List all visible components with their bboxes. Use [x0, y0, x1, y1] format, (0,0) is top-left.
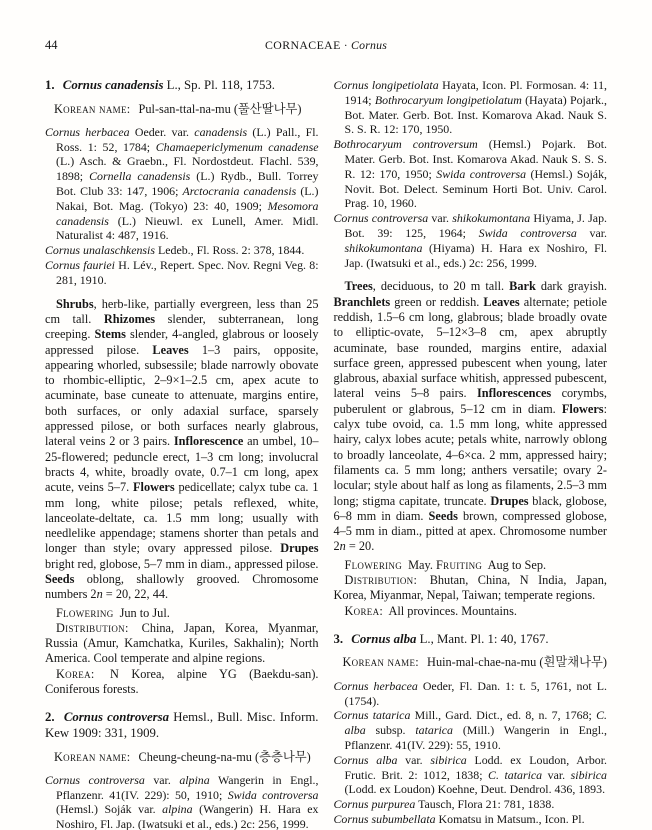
text-columns: 1. Cornus canadensis L., Sp. Pl. 118, 17…	[45, 78, 607, 830]
text-run: Cornus unalaschkensis	[45, 243, 155, 257]
text-run: 3.	[334, 632, 347, 646]
text-run: var.	[145, 773, 179, 787]
text-run: Cornus canadensis	[63, 78, 164, 92]
text-run: green or reddish.	[390, 295, 483, 309]
synonym: Cornus purpurea Tausch, Flora 21: 781, 1…	[334, 797, 608, 812]
text-run: Komatsu in Matsum., Icon. Pl.	[436, 812, 585, 826]
text-run: Flowers	[133, 480, 175, 494]
text-run: Chamaepericlymenum canadense	[156, 140, 319, 154]
text-run: alternate; petiole reddish, 1.5–6 cm lon…	[334, 295, 608, 401]
text-run: (Hemsl.) Soják var.	[56, 802, 162, 816]
text-run: Swida controversa	[479, 226, 577, 240]
synonym: Cornus subumbellata Komatsu in Matsum., …	[334, 812, 608, 827]
text-run: var.	[577, 226, 607, 240]
synonym: Cornus fauriei H. Lév., Repert. Spec. No…	[45, 258, 319, 288]
text-run: Cornus controversa	[45, 773, 145, 787]
text-run: Korean name:	[54, 750, 130, 764]
text-run: Inflorescences	[477, 386, 551, 400]
text-run: canadensis	[194, 125, 247, 139]
text-run: Oeder. var.	[130, 125, 195, 139]
text-run: , deciduous, to 20 m tall.	[373, 279, 509, 293]
text-run: Korea:	[345, 604, 384, 618]
text-run: 1–3 pairs, opposite, appearing whorled, …	[45, 343, 319, 449]
text-run: Cornus herbacea	[45, 125, 130, 139]
species-heading: 2. Cornus controversa Hemsl., Bull. Misc…	[45, 710, 319, 741]
text-run: Cornus herbacea	[334, 679, 418, 693]
text-run: Trees	[345, 279, 373, 293]
text-run: Jun to Jul.	[117, 606, 170, 620]
text-run: Seeds	[45, 572, 74, 586]
text-run: Distribution:	[56, 621, 129, 635]
synonym: Cornus unalaschkensis Ledeb., Fl. Ross. …	[45, 243, 319, 258]
text-run: Leaves	[483, 295, 519, 309]
text-run: Bothrocaryum longipetiolatum	[375, 93, 522, 107]
text-run: Korean name:	[343, 655, 419, 669]
note: Korea: N Korea, alpine YG (Baekdu-san). …	[45, 667, 319, 698]
text-run: Cornus controversa	[64, 710, 169, 724]
text-run: L., Sp. Pl. 118, 1753.	[163, 78, 275, 92]
text-run: Huin-mal-chae-na-mu (흰말채나무)	[424, 655, 607, 669]
running-title-genus: Cornus	[351, 38, 387, 52]
text-run: Branchlets	[334, 295, 391, 309]
description: Shrubs, herb-like, partially evergreen, …	[45, 297, 319, 603]
korean-name: Korean name: Huin-mal-chae-na-mu (흰말채나무)	[334, 655, 608, 670]
synonym: Bothrocaryum controversum (Hemsl.) Pojar…	[334, 137, 608, 211]
synonym: Cornus tatarica Mill., Gard. Dict., ed. …	[334, 708, 608, 752]
note: Korea: All provinces. Mountains.	[334, 604, 608, 619]
synonym: Cornus herbacea Oeder. var. canadensis (…	[45, 125, 319, 243]
text-run: = 20.	[346, 539, 374, 553]
page-header: 44 CORNACEAE·Cornus	[45, 38, 607, 54]
text-run: Drupes	[280, 541, 318, 555]
text-run: 2.	[45, 710, 59, 724]
text-run: var.	[542, 768, 571, 782]
text-run: = 20, 22, 44.	[103, 587, 168, 601]
text-run: May.	[405, 558, 436, 572]
text-run: Cornus controversa	[334, 211, 429, 225]
text-run: Stems	[94, 327, 125, 341]
running-title-family: CORNACEAE	[265, 38, 341, 52]
text-run: Drupes	[490, 494, 528, 508]
text-run: Cornella canadensis	[89, 169, 190, 183]
text-run: Shrubs	[56, 297, 94, 311]
text-run: Cornus alba	[351, 632, 416, 646]
species-heading: 1. Cornus canadensis L., Sp. Pl. 118, 17…	[45, 78, 319, 94]
text-run: Flowering	[56, 606, 114, 620]
text-run: Ledeb., Fl. Ross. 2: 378, 1844.	[155, 243, 304, 257]
text-run: C. tatarica	[488, 768, 542, 782]
text-run: Distribution:	[345, 573, 418, 587]
synonym: Cornus controversa var. shikokumontana H…	[334, 211, 608, 270]
text-run: Cornus longipetiolata	[334, 78, 439, 92]
korean-name: Korean name: Pul-san-ttal-na-mu (풀산딸나무)	[45, 102, 319, 117]
species-heading: 3. Cornus alba L., Mant. Pl. 1: 40, 1767…	[334, 632, 608, 648]
text-run: var.	[428, 211, 452, 225]
text-run: Cheung-cheung-na-mu (층층나무)	[135, 750, 310, 764]
text-run: Cornus tatarica	[334, 708, 411, 722]
text-run: Fruiting	[436, 558, 482, 572]
left-column: 1. Cornus canadensis L., Sp. Pl. 118, 17…	[45, 78, 319, 830]
text-run: shikokumontana	[452, 211, 530, 225]
text-run: Bothrocaryum controversum	[334, 137, 478, 151]
text-run: sibirica	[430, 753, 466, 767]
right-column: Cornus longipetiolata Hayata, Icon. Pl. …	[334, 78, 608, 830]
text-run: Flowers	[562, 402, 604, 416]
text-run: bright red, globose, 5–7 mm in diam., ap…	[45, 557, 319, 571]
text-run: Aug to Sep.	[485, 558, 546, 572]
text-run: Pul-san-ttal-na-mu (풀산딸나무)	[135, 102, 301, 116]
text-run: Swida controversa	[228, 788, 319, 802]
note: Flowering May. Fruiting Aug to Sep.	[334, 558, 608, 573]
running-title-separator: ·	[341, 38, 351, 52]
text-run: sibirica	[571, 768, 607, 782]
synonym: Cornus alba var. sibirica Lodd. ex Loudo…	[334, 753, 608, 797]
page-number: 44	[45, 38, 58, 53]
text-run: Tausch, Flora 21: 781, 1838.	[415, 797, 554, 811]
text-run: alpina	[162, 802, 192, 816]
text-run: (Lodd. ex Loudon) Koehne, Deut. Dendrol.…	[345, 782, 606, 796]
synonym: Cornus longipetiolata Hayata, Icon. Pl. …	[334, 78, 608, 137]
text-run: shikokumontana	[345, 241, 423, 255]
text-run: Bark	[509, 279, 536, 293]
text-run: Inflorescence	[174, 434, 243, 448]
text-run: Mill., Gard. Dict., ed. 8, n. 7, 1768;	[410, 708, 596, 722]
text-run: L., Mant. Pl. 1: 40, 1767.	[416, 632, 548, 646]
running-title: CORNACEAE·Cornus	[45, 38, 607, 53]
text-run: tatarica	[415, 723, 453, 737]
text-run: Rhizomes	[104, 312, 155, 326]
text-run: Arctocrania canadensis	[182, 184, 296, 198]
text-run: Cornus alba	[334, 753, 398, 767]
text-run: Korea:	[56, 667, 95, 681]
text-run: Korean name:	[54, 102, 130, 116]
text-run: Swida controversa	[436, 167, 526, 181]
text-run: var.	[397, 753, 430, 767]
note: Flowering Jun to Jul.	[45, 606, 319, 621]
text-run: subsp.	[366, 723, 416, 737]
text-run: Flowering	[345, 558, 403, 572]
synonym: Cornus controversa var. alpina Wangerin …	[45, 773, 319, 830]
text-run: alpina	[179, 773, 209, 787]
text-run: All provinces. Mountains.	[386, 604, 517, 618]
book-page: 44 CORNACEAE·Cornus 1. Cornus canadensis…	[0, 0, 652, 830]
text-run: Seeds	[429, 509, 458, 523]
note: Distribution: Bhutan, China, N India, Ja…	[334, 573, 608, 604]
text-run: oblong, shallowly grooved. Chromosome nu…	[45, 572, 319, 601]
text-run: : calyx tube ovoid, ca. 1.5 mm long, whi…	[334, 402, 608, 508]
text-run: Leaves	[152, 343, 188, 357]
text-run: Cornus purpurea	[334, 797, 416, 811]
text-run: Cornus fauriei	[45, 258, 115, 272]
synonym: Cornus herbacea Oeder, Fl. Dan. 1: t. 5,…	[334, 679, 608, 709]
text-run: dark grayish.	[536, 279, 607, 293]
korean-name: Korean name: Cheung-cheung-na-mu (층층나무)	[45, 750, 319, 765]
note: Distribution: China, Japan, Korea, Myanm…	[45, 621, 319, 667]
description: Trees, deciduous, to 20 m tall. Bark dar…	[334, 279, 608, 554]
text-run: Cornus subumbellata	[334, 812, 436, 826]
text-run: 1.	[45, 78, 58, 92]
